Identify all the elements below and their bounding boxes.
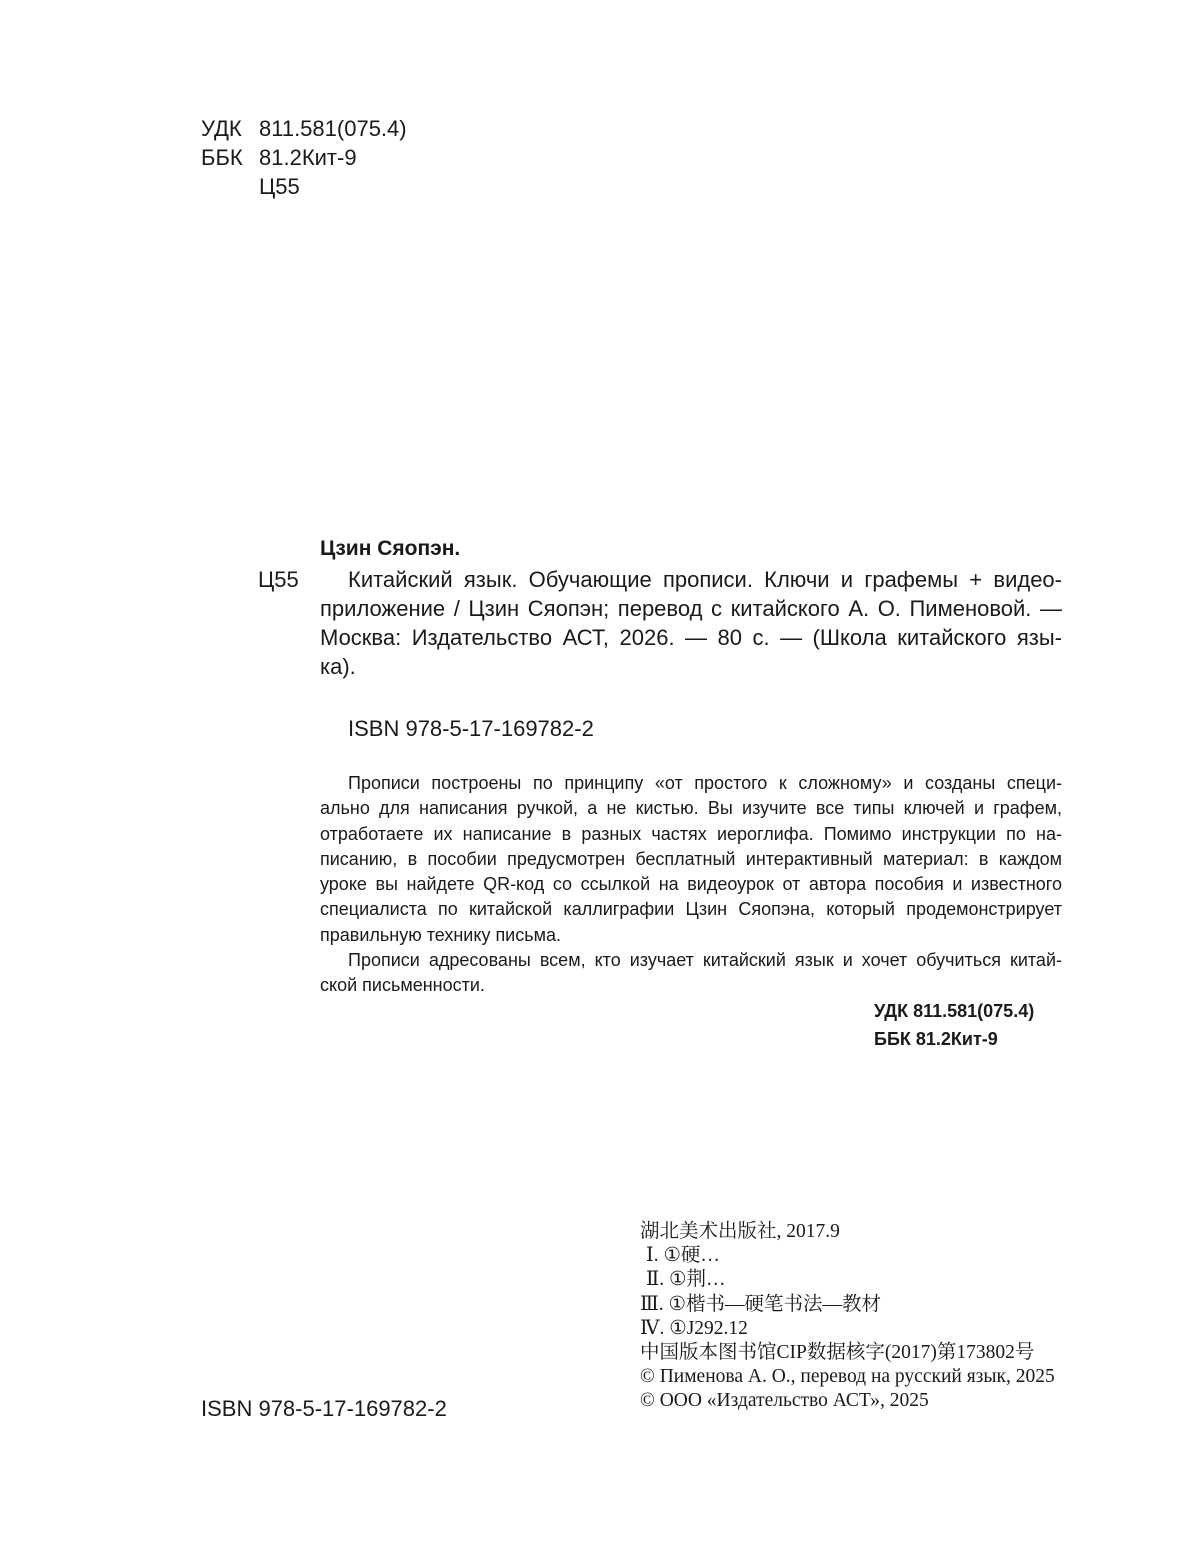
udk-row: УДК 811.581(075.4): [201, 114, 407, 143]
udk-label: УДК: [201, 114, 259, 143]
bbk-label: ББК: [201, 143, 259, 172]
annotation-line: отработаете их написание в разных частях…: [320, 822, 1062, 847]
cip-line: Ⅱ. ①荆…: [640, 1268, 1055, 1292]
cip-line: 湖北美术出版社, 2017.9: [640, 1220, 1055, 1244]
bibliographic-description: Китайский язык. Обучающие прописи. Ключи…: [320, 565, 1062, 681]
annotation-line: писанию, в пособии предусмотрен бесплатн…: [320, 847, 1062, 872]
isbn-record: ISBN 978-5-17-169782-2: [348, 714, 594, 743]
biblio-line: Китайский язык. Обучающие прописи. Ключи…: [320, 565, 1062, 594]
annotation-udk: УДК 811.581(075.4): [874, 997, 1034, 1025]
annotation-line: ской письменности.: [320, 973, 1062, 998]
cip-line: Ⅳ. ①J292.12: [640, 1317, 1055, 1341]
annotation-line: уроке вы найдете QR-код со ссылкой на ви…: [320, 872, 1062, 897]
cip-block: 湖北美术出版社, 2017.9 Ⅰ. ①硬… Ⅱ. ①荆… Ⅲ. ①楷书—硬笔书…: [640, 1220, 1055, 1414]
biblio-line: Москва: Издательство АСТ, 2026. — 80 с. …: [320, 623, 1062, 652]
author-heading: Цзин Сяопэн.: [320, 534, 460, 563]
biblio-line: приложение / Цзин Сяопэн; перевод с кита…: [320, 594, 1062, 623]
annotation-line: правильную технику письма.: [320, 923, 1062, 948]
annotation-classification: УДК 811.581(075.4) ББК 81.2Кит-9: [874, 997, 1034, 1053]
bbk-row: ББК 81.2Кит-9: [201, 143, 407, 172]
copyright-publisher: © ООО «Издательство АСТ», 2025: [640, 1389, 1055, 1413]
footer-isbn: ISBN 978-5-17-169782-2: [201, 1394, 447, 1423]
copyright-translation: © Пименова А. О., перевод на русский язы…: [640, 1365, 1055, 1389]
cutter-label: [201, 172, 259, 201]
classification-codes-header: УДК 811.581(075.4) ББК 81.2Кит-9 Ц55: [201, 114, 407, 201]
annotation: Прописи построены по принципу «от просто…: [320, 771, 1062, 999]
bbk-value: 81.2Кит-9: [259, 143, 357, 172]
cutter-value: Ц55: [259, 172, 300, 201]
udk-value: 811.581(075.4): [259, 114, 407, 143]
annotation-line: Прописи построены по принципу «от просто…: [320, 771, 1062, 796]
biblio-line: ка).: [320, 652, 1062, 681]
cip-line: Ⅲ. ①楷书—硬笔书法—教材: [640, 1293, 1055, 1317]
cip-line: Ⅰ. ①硬…: [640, 1244, 1055, 1268]
annotation-line: специалиста по китайской каллиграфии Цзи…: [320, 897, 1062, 922]
cutter-row: Ц55: [201, 172, 407, 201]
cip-line: 中国版本图书馆CIP数据核字(2017)第173802号: [640, 1341, 1055, 1365]
annotation-bbk: ББК 81.2Кит-9: [874, 1025, 1034, 1053]
annotation-line: Прописи адресованы всем, кто изучает кит…: [320, 948, 1062, 973]
annotation-line: ально для написания ручкой, а не кистью.…: [320, 796, 1062, 821]
cutter-mark: Ц55: [258, 565, 299, 594]
